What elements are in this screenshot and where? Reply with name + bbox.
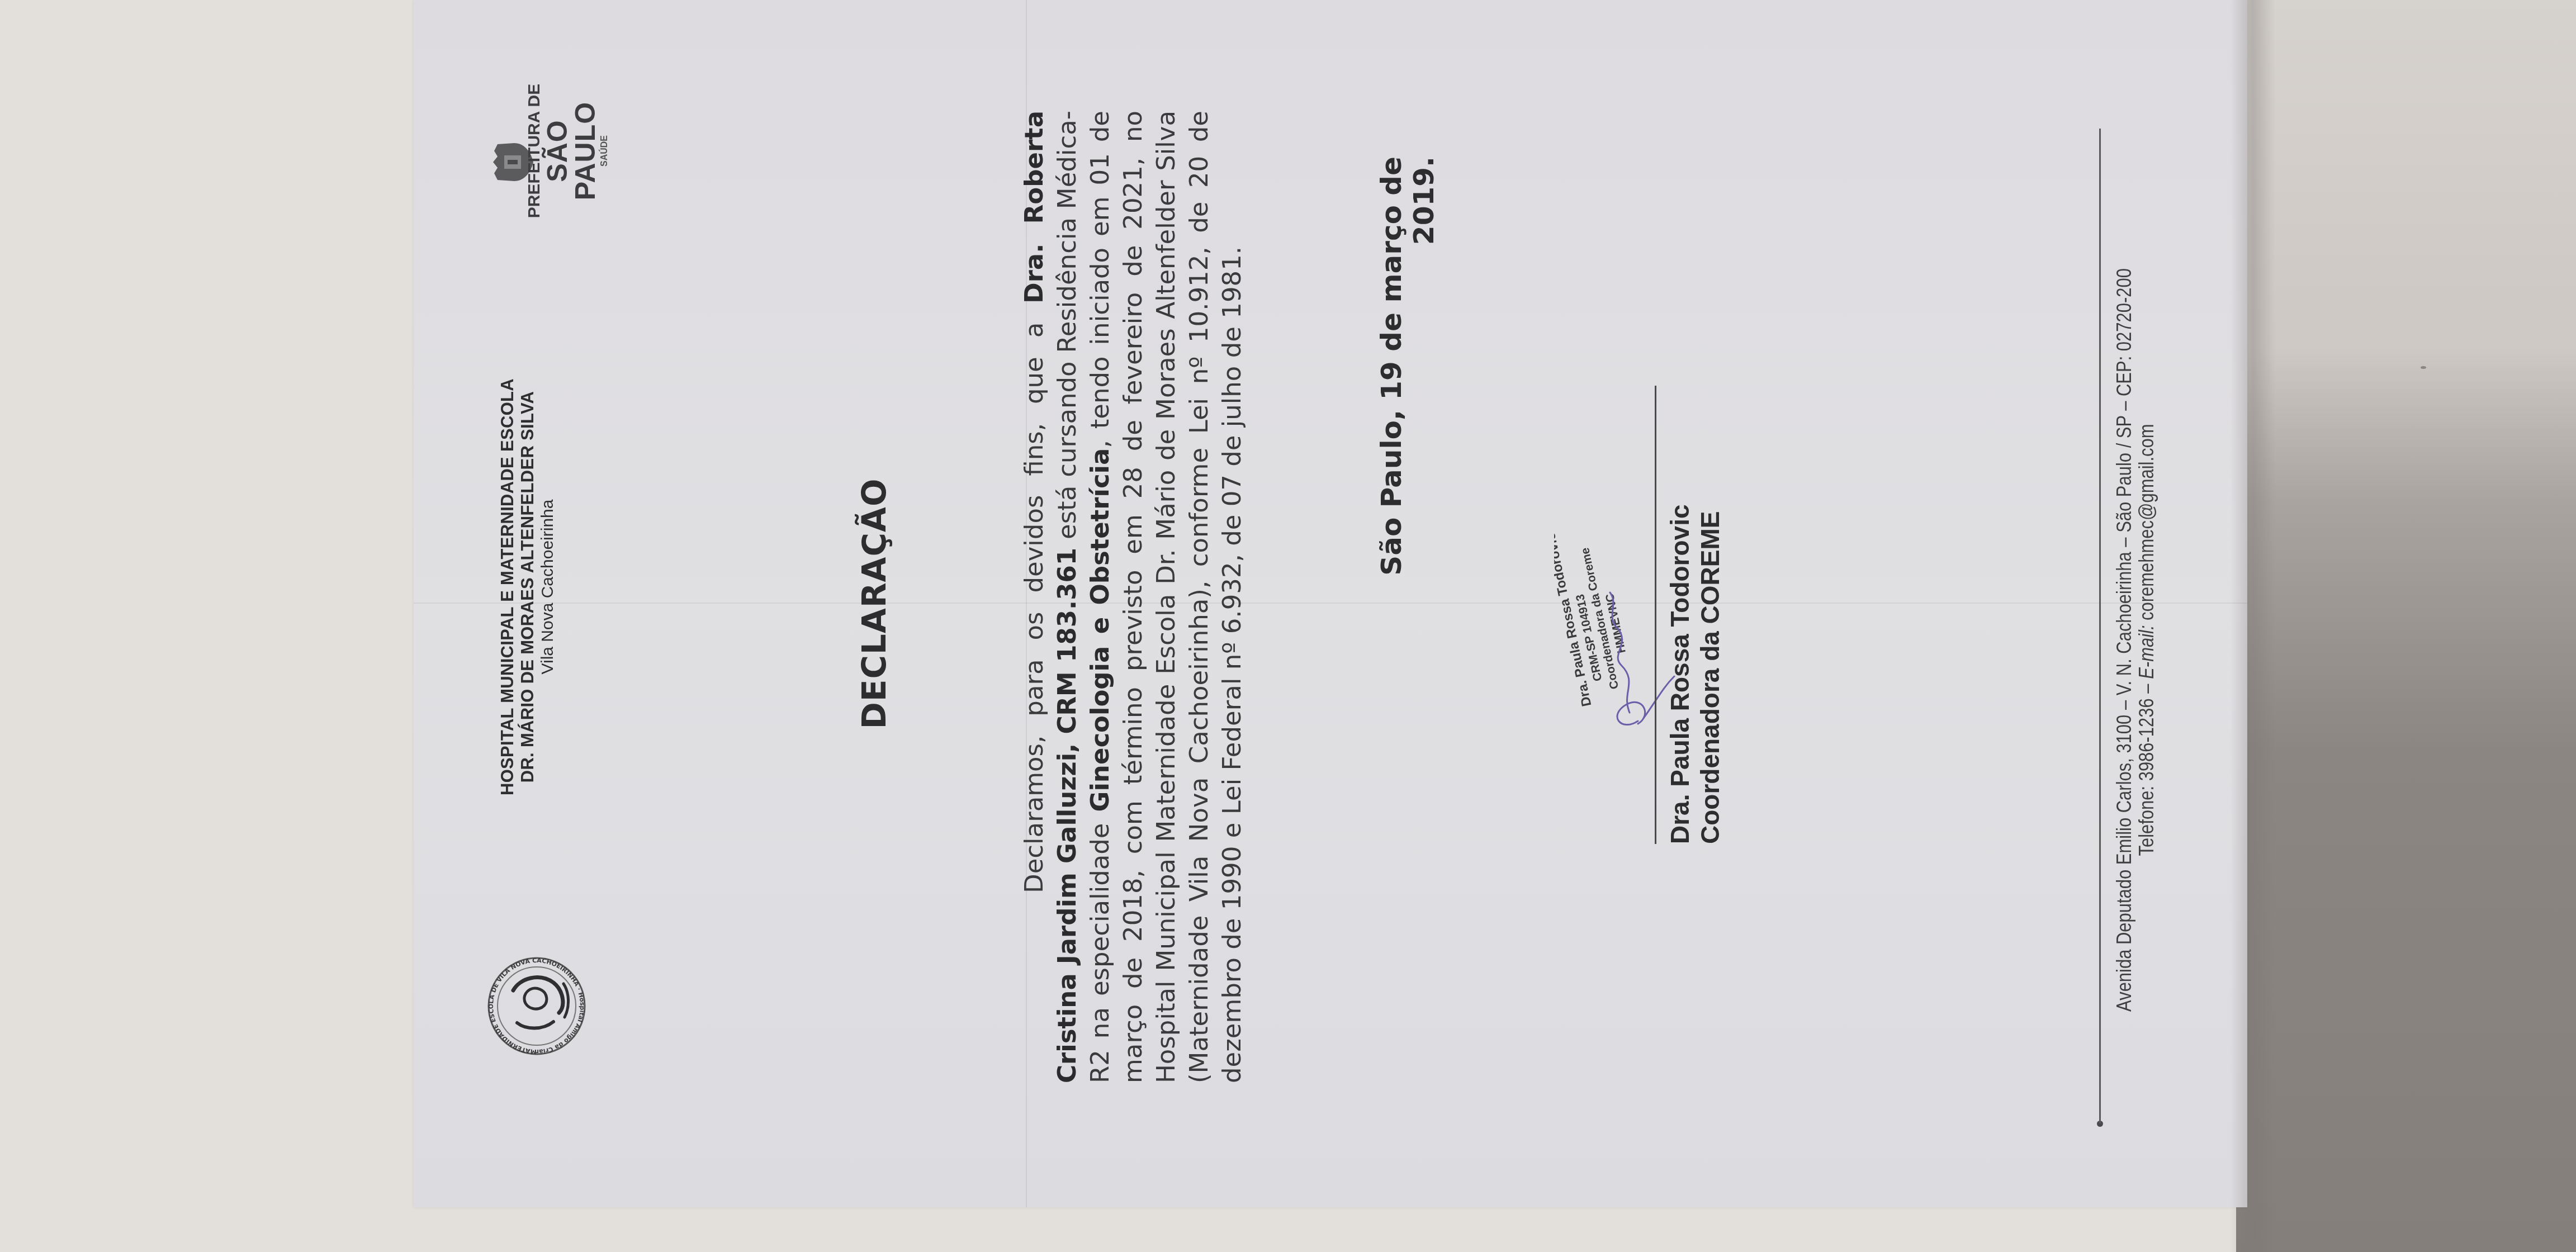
signatory-role: Coordenadora da COREME (1695, 511, 1725, 844)
footer-phone-email: Telefone: 3986-1236 – E-mail: coremehmec… (2135, 224, 2158, 1056)
institution-line-3: Vila Nova Cachoeirinha (538, 324, 558, 850)
signature-block: Dra. Paula Rossa Todorovic CRM-SP 104913… (1554, 347, 1744, 850)
institution-header: HOSPITAL MUNICIPAL E MATERNIDADE ESCOLA … (498, 324, 558, 850)
paper-edge-shadow (2231, 0, 2275, 1252)
footer-contact: Avenida Deputado Emilio Carlos, 3100 – V… (2113, 224, 2158, 1056)
backdrop-speck (2421, 366, 2426, 369)
city-logo: PREFEITURA DE SÃO PAULO SAÚDE (475, 67, 609, 246)
institution-line-1: HOSPITAL MUNICIPAL E MATERNIDADE ESCOLA (498, 324, 518, 850)
document-title: DECLARAÇÃO (855, 0, 893, 1207)
city-logo-line-2: SÃO PAULO (543, 78, 599, 224)
city-logo-line-1: PREFEITURA DE (525, 78, 543, 224)
footer-email: coremehmec@gmail.com (2135, 424, 2158, 625)
declaration-body: Declaramos, para os devidos fins, que a … (1017, 111, 1248, 1083)
declaration-paper: MATERNIDADE ESCOLA DE VILA NOVA CACHOEIR… (414, 0, 2247, 1207)
signatory-name: Dra. Paula Rossa Todorovic (1665, 504, 1695, 844)
signature-stamp: Dra. Paula Rossa Todorovic CRM-SP 104913… (1554, 525, 1677, 738)
date-line: São Paulo, 19 de março de 2019. (1375, 156, 1440, 592)
specialty: Ginecologia e Obstetrícia (1085, 448, 1115, 812)
institution-line-2: DR. MÁRIO DE MORAES ALTENFELDER SILVA (518, 324, 538, 850)
footer-address: Avenida Deputado Emilio Carlos, 3100 – V… (2113, 224, 2135, 1056)
maternity-seal-icon: MATERNIDADE ESCOLA DE VILA NOVA CACHOEIR… (486, 956, 587, 1056)
svg-text:MATERNIDADE ESCOLA DE VILA NOV: MATERNIDADE ESCOLA DE VILA NOVA CACHOEIR… (486, 957, 586, 1056)
city-logo-line-3: SAÚDE (599, 78, 610, 224)
footer-rule (2099, 129, 2101, 1123)
backdrop-shadow (2236, 0, 2576, 1252)
paper-fold (414, 603, 2247, 604)
body-intro: Declaramos, para os devidos fins, que a (1019, 303, 1049, 893)
signature-rule (1655, 386, 1656, 844)
